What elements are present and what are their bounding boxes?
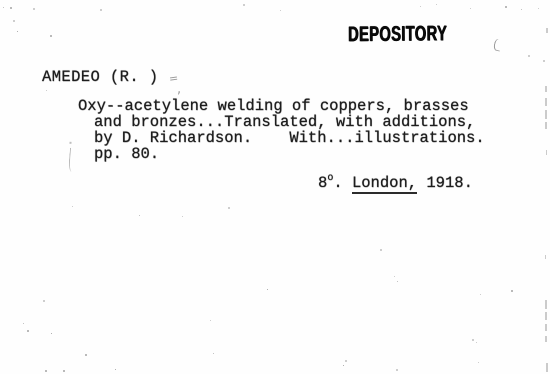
scan-speck [397, 281, 398, 282]
scan-speck [33, 8, 35, 10]
scan-speck [543, 60, 545, 62]
imprint-separator: . [333, 174, 352, 192]
scan-speck [100, 9, 102, 11]
imprint-line: 8o. London, 1918. [318, 175, 473, 194]
scan-speck [478, 362, 479, 363]
ink-smudge [493, 38, 502, 51]
scan-speck [27, 330, 29, 332]
scan-speck [511, 290, 513, 292]
scan-speck [396, 369, 398, 371]
entry-line: and bronzes...Translated, with additions… [94, 114, 475, 130]
scan-speck [13, 20, 15, 22]
scan-speck [45, 370, 47, 372]
scan-speck [115, 369, 116, 370]
scan-speck [436, 4, 437, 5]
scan-speck [267, 289, 268, 290]
scan-speck [420, 6, 421, 7]
scan-speck [380, 249, 382, 251]
scan-edge-dash [545, 110, 547, 119]
catalog-card: DEPOSITORY AMEDEO (R. ) = , Oxy--acetyle… [0, 0, 550, 374]
scan-edge-dash [545, 324, 547, 331]
scan-speck [10, 7, 12, 9]
scan-speck [343, 365, 344, 366]
scan-speck [3, 7, 4, 8]
scan-edge-dash [545, 122, 547, 129]
scan-speck [50, 35, 52, 37]
scan-speck [139, 215, 140, 216]
scan-speck [521, 9, 522, 10]
scan-speck [23, 323, 24, 324]
scan-speck [280, 10, 281, 11]
scan-speck [210, 320, 211, 321]
scan-speck [528, 55, 530, 57]
entry-line: Oxy--acetylene welding of coppers, brass… [78, 98, 469, 114]
pencil-mark-comma: , [177, 84, 181, 95]
imprint-year: 1918. [417, 174, 473, 192]
scan-speck [228, 207, 230, 209]
imprint-place: London, [352, 174, 417, 194]
scan-edge-dash [546, 28, 548, 33]
scan-speck [243, 4, 245, 6]
scan-speck [345, 360, 347, 362]
scan-edge-dash [545, 336, 547, 342]
entry-line: pp. 80. [94, 146, 159, 162]
pencil-squiggle [68, 148, 76, 172]
scan-speck [505, 6, 507, 8]
scan-edge-dash [545, 86, 547, 92]
scan-speck [394, 276, 395, 277]
scan-speck [213, 353, 214, 354]
scan-edge-dash [546, 150, 547, 155]
scan-speck [182, 216, 183, 217]
scan-edge-dash [545, 255, 546, 259]
scan-speck [46, 90, 47, 91]
author-heading: AMEDEO (R. ) [42, 69, 158, 85]
scan-edge-dash [545, 98, 547, 106]
scan-speck [85, 354, 87, 356]
scan-speck [51, 333, 52, 334]
scan-speck [538, 8, 539, 9]
format-exponent: o [327, 171, 333, 187]
depository-stamp: DEPOSITORY [348, 23, 447, 45]
scan-edge-dash [546, 363, 548, 372]
scan-speck [43, 300, 45, 302]
scan-edge-dash [545, 300, 547, 309]
entry-line: by D. Richardson. With...illustrations. [94, 130, 485, 146]
scan-speck [17, 31, 18, 32]
scan-speck [476, 342, 477, 343]
scan-speck [470, 8, 471, 9]
scan-edge-dash [545, 312, 547, 320]
scan-speck [472, 339, 474, 341]
scan-speck [63, 370, 65, 372]
scan-speck [480, 294, 481, 295]
format-number: 8 [318, 174, 327, 192]
scan-speck [72, 206, 73, 207]
